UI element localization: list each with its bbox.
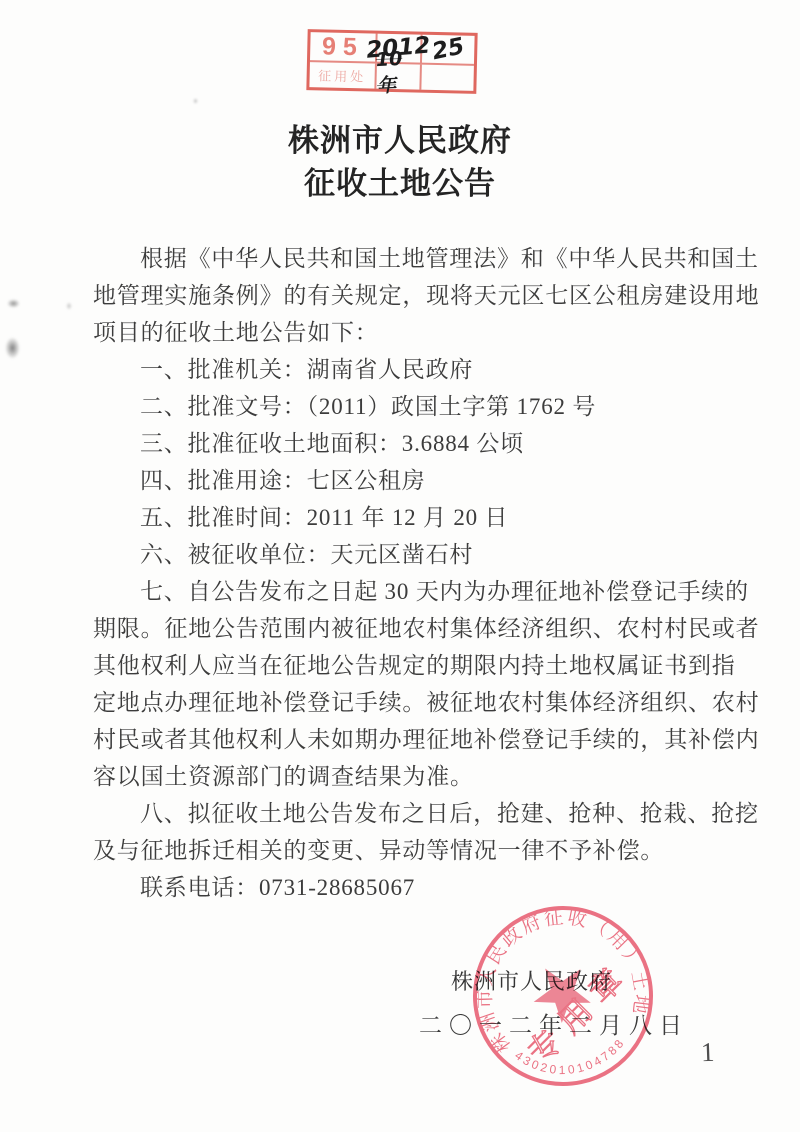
- registry-stamp-label-cell: 征用处: [309, 62, 377, 88]
- document-title-line-1: 株洲市人民政府: [0, 115, 800, 160]
- body-line: 三、批准征收土地面积：3.6884 公顷: [93, 425, 733, 462]
- registry-stamp-empty-cell: [421, 65, 474, 91]
- document-title-line-2: 征收土地公告: [0, 158, 800, 203]
- scan-smudge: [7, 299, 20, 308]
- registry-stamp-handwritten-number: 25: [430, 33, 467, 65]
- official-seal: 株洲市人民政府征收（用）土地公告 4302010104788 专用章: [470, 903, 656, 1089]
- document-page: 95 2012 25 征用处 10年 株洲市人民政府 征收土地公告 根据《中华人…: [0, 0, 800, 1132]
- body-line: 八、拟征收土地公告发布之日后，抢建、抢种、抢栽、抢挖: [93, 795, 733, 832]
- page-number: 1: [700, 1037, 715, 1068]
- registry-stamp-printed-number: 95: [322, 32, 364, 62]
- registry-stamp: 95 2012 25 征用处 10年: [306, 29, 477, 94]
- scan-smudge: [193, 98, 198, 104]
- body-line: 项目的征收土地公告如下：: [93, 314, 733, 351]
- scan-smudge: [66, 302, 72, 310]
- registry-stamp-row2-value-cell: 10年: [377, 64, 422, 90]
- body-line: 联系电话：0731-28685067: [93, 869, 733, 906]
- body-line: 地管理实施条例》的有关规定，现将天元区七区公租房建设用地: [93, 277, 733, 314]
- registry-stamp-number-cell: 25: [421, 35, 474, 66]
- body-line: 五、批准时间：2011 年 12 月 20 日: [93, 499, 733, 536]
- body-line: 定地点办理征地补偿登记手续。被征地农村集体经济组织、农村: [93, 684, 733, 721]
- body-line: 及与征地拆迁相关的变更、异动等情况一律不予补偿。: [93, 832, 733, 869]
- body-line: 村民或者其他权利人未如期办理征地补偿登记手续的，其补偿内: [93, 721, 733, 758]
- body-line: 根据《中华人民共和国土地管理法》和《中华人民共和国土: [93, 240, 733, 277]
- body-line: 容以国土资源部门的调查结果为准。: [93, 758, 733, 795]
- registry-stamp-label: 征用处: [318, 65, 366, 85]
- body-line: 二、批准文号：（2011）政国土字第 1762 号: [93, 388, 733, 425]
- body-line: 六、被征收单位：天元区凿石村: [93, 536, 733, 573]
- registry-stamp-handwritten-value: 10年: [376, 47, 421, 98]
- body-line: 四、批准用途：七区公租房: [93, 462, 733, 499]
- body-line: 七、自公告发布之日起 30 天内为办理征地补偿登记手续的: [93, 573, 733, 610]
- body-line: 其他权利人应当在征地公告规定的期限内持土地权属证书到指: [93, 647, 733, 684]
- scan-smudge: [5, 337, 20, 359]
- document-body: 根据《中华人民共和国土地管理法》和《中华人民共和国土 地管理实施条例》的有关规定…: [93, 240, 733, 906]
- body-line: 期限。征地公告范围内被征地农村集体经济组织、农村村民或者: [93, 610, 733, 647]
- body-line: 一、批准机关：湖南省人民政府: [93, 351, 733, 388]
